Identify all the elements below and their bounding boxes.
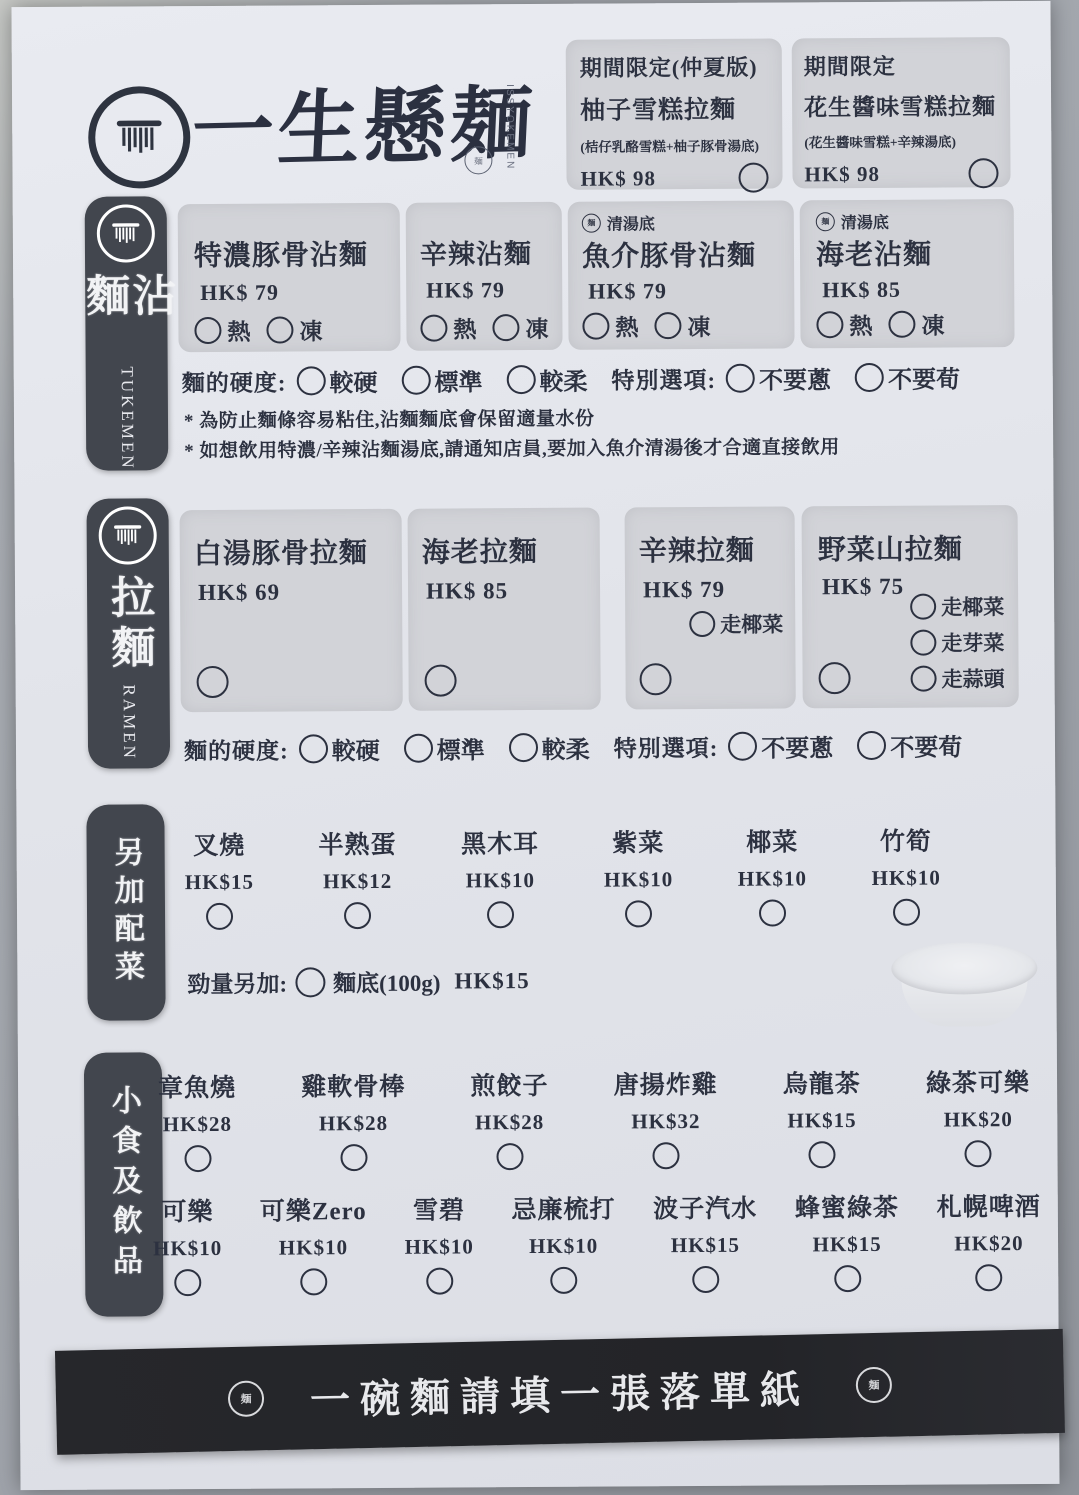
option-circle-hot[interactable]	[582, 313, 609, 340]
topping-item: 紫菜 HK$10	[604, 823, 674, 927]
hardness-circle-hard[interactable]	[299, 734, 328, 763]
sub-option-label: 走蒜頭	[942, 663, 1005, 693]
hardness-circle-standard[interactable]	[404, 734, 433, 763]
menu-item-card: 野菜山拉麵 HK$ 75 走椰菜 走芽菜 走蒜頭	[802, 505, 1019, 708]
drink-price: HK$10	[153, 1236, 222, 1261]
drink-name: 蜂蜜綠茶	[795, 1188, 899, 1225]
sub-option-label: 走芽菜	[941, 627, 1004, 657]
drink-name: 可樂Zero	[260, 1191, 367, 1228]
hardness-option: 較硬	[329, 363, 377, 398]
hardness-option: 較柔	[542, 730, 590, 765]
snacks-row-1: 章魚燒 HK$28 雞軟骨棒 HK$28 煎餃子 HK$28 唐揚炸雞 HK$3…	[158, 1063, 1031, 1172]
topping-price: HK$15	[185, 870, 254, 895]
hardness-circle-standard[interactable]	[401, 366, 430, 395]
extra-label: 勁量另加:	[187, 966, 287, 1000]
no-bamboo-circle[interactable]	[855, 363, 884, 392]
order-sheet: 一生懸麺 ISSYOKEMEN 麺 期間限定(仲夏版) 柚子雪糕拉麵 (桔仔乳酪…	[11, 1, 1059, 1490]
special-option-label: 特別選項:	[614, 730, 719, 764]
note-line-2: * 如想飲用特濃/辛辣沾麵湯底,請通知店員,要加入魚介清湯後才合適直接飲用	[184, 432, 840, 463]
extra-price: HK$15	[454, 968, 529, 994]
snack-name: 綠茶可樂	[926, 1063, 1030, 1100]
drink-item: 雪碧 HK$10	[404, 1190, 474, 1294]
topping-name: 半熟蛋	[318, 825, 396, 861]
order-circle[interactable]	[340, 1144, 367, 1171]
order-circle[interactable]	[738, 163, 768, 193]
no-onion-circle[interactable]	[726, 364, 755, 393]
order-circle[interactable]	[300, 1268, 327, 1295]
hardness-circle-soft[interactable]	[506, 365, 535, 394]
drink-item: 波子汽水 HK$15	[653, 1189, 758, 1294]
extra-option-label: 麵底(100g)	[333, 965, 441, 999]
tab-tsukemen-roman: TUKEMEN	[117, 366, 138, 470]
item-price: HK$ 69	[198, 579, 388, 606]
special-name: 柚子雪糕拉麵	[580, 90, 768, 127]
menu-item-card: 麺 清湯底 海老沾麵 HK$ 85 熱 凍	[800, 199, 1015, 348]
menu-item-card: 辛辣拉麵 HK$ 79 走椰菜	[625, 506, 796, 709]
order-circle[interactable]	[652, 1142, 679, 1169]
topping-price: HK$12	[323, 869, 392, 894]
special-option: 不要荀	[890, 727, 962, 762]
option-label-cold: 凍	[525, 311, 548, 344]
tab-ramen-roman: RAMEN	[119, 684, 139, 761]
snack-item: 綠茶可樂 HK$20	[926, 1063, 1031, 1168]
snack-item: 唐揚炸雞 HK$32	[614, 1065, 719, 1170]
item-price: HK$ 79	[643, 576, 781, 603]
topping-name: 紫菜	[612, 823, 664, 859]
noodle-hardness-row: 麵的硬度: 較硬 標準 較柔 特別選項: 不要蔥 不要荀	[182, 359, 975, 399]
item-price: HK$ 85	[822, 276, 998, 303]
topping-item: 半熟蛋 HK$12	[318, 825, 397, 929]
tab-ramen-label: 拉麵	[105, 574, 152, 674]
drink-price: HK$15	[813, 1232, 882, 1257]
hardness-option: 標準	[434, 362, 482, 397]
brand-seal-icon: 麺	[228, 1380, 265, 1417]
drink-name: 波子汽水	[653, 1189, 757, 1226]
snack-item: 煎餃子 HK$28	[470, 1066, 549, 1170]
menu-item-card: 海老拉麵 HK$ 85	[408, 508, 601, 711]
brand-logo-icon	[99, 506, 157, 564]
option-label-cold: 凍	[687, 309, 710, 342]
option-circle-hot[interactable]	[194, 317, 221, 344]
toppings-grid: 叉燒 HK$15 半熟蛋 HK$12 黑木耳 HK$10 紫菜 HK$10 椰菜…	[184, 822, 941, 931]
item-price: HK$ 79	[200, 279, 384, 306]
topping-item: 黑木耳 HK$10	[461, 824, 540, 928]
tab-toppings[interactable]: 另加配菜	[86, 804, 165, 1020]
brand-logo-icon	[97, 204, 155, 262]
tab-toppings-label: 另加配菜	[110, 836, 142, 988]
order-circle[interactable]	[968, 158, 998, 188]
tab-tsukemen-label: 沾麵	[80, 272, 173, 356]
drink-name: 可樂	[161, 1192, 213, 1228]
footer-note: 一碗麵請填一張落單紙	[309, 1358, 810, 1426]
option-label-hot: 熱	[849, 308, 872, 341]
item-name: 魚介豚骨沾麵	[582, 233, 780, 274]
footer-banner: 麺 一碗麵請填一張落單紙 麺	[55, 1329, 1065, 1455]
no-cabbage-circle[interactable]	[689, 611, 715, 637]
topping-name: 竹筍	[880, 822, 932, 858]
no-bamboo-circle[interactable]	[857, 731, 886, 760]
extra-noodle-circle[interactable]	[295, 967, 325, 997]
drink-item: 忌廉梳打 HK$10	[511, 1190, 616, 1295]
option-label-hot: 熱	[227, 314, 250, 347]
snack-price: HK$15	[787, 1108, 856, 1133]
snack-item: 雞軟骨棒 HK$28	[301, 1067, 406, 1172]
topping-name: 椰菜	[746, 822, 798, 858]
snack-name: 章魚燒	[158, 1068, 236, 1104]
sub-option-label: 走椰菜	[720, 608, 783, 638]
drink-price: HK$20	[954, 1231, 1023, 1256]
hardness-option: 較柔	[539, 362, 587, 397]
special-price: HK$ 98	[804, 161, 880, 186]
order-circle[interactable]	[809, 1141, 836, 1168]
hardness-option: 較硬	[332, 731, 380, 766]
special-name: 花生醬味雪糕拉麵	[804, 88, 998, 122]
snack-item: 章魚燒 HK$28	[158, 1068, 237, 1172]
order-circle[interactable]	[426, 1268, 453, 1295]
order-circle[interactable]	[692, 1266, 719, 1293]
tab-tsukemen[interactable]: 沾麵 TUKEMEN	[85, 196, 169, 470]
drink-item: 可樂Zero HK$10	[260, 1191, 368, 1296]
snack-name: 雞軟骨棒	[301, 1067, 405, 1104]
snack-price: HK$20	[944, 1107, 1013, 1132]
brand-seal-icon: 麺	[582, 214, 601, 233]
hardness-option: 標準	[437, 730, 485, 765]
order-circle[interactable]	[425, 664, 457, 696]
order-circle[interactable]	[818, 662, 850, 694]
drink-price: HK$10	[405, 1234, 474, 1259]
special-card-yuzu: 期間限定(仲夏版) 柚子雪糕拉麵 (桔仔乳酪雪糕+柚子豚骨湯底) HK$ 98	[566, 38, 783, 189]
hardness-label: 麵的硬度:	[182, 365, 287, 399]
hardness-circle-hard[interactable]	[296, 366, 325, 395]
order-circle[interactable]	[184, 1145, 211, 1172]
menu-item-card: 辛辣沾麵 HK$ 79 熱 凍	[406, 202, 563, 351]
topping-price: HK$10	[604, 867, 673, 892]
topping-item: 叉燒 HK$15	[184, 826, 254, 930]
tab-snacks-label: 小食及飲品	[107, 1084, 140, 1284]
item-price: HK$ 79	[588, 277, 780, 304]
brand-logo-icon	[88, 86, 191, 189]
option-circle-hot[interactable]	[816, 311, 843, 338]
drink-name: 忌廉梳打	[511, 1190, 615, 1227]
order-circle[interactable]	[206, 903, 233, 930]
special-desc: (花生醬味雪糕+辛辣湯底)	[804, 130, 998, 151]
noodle-bowl-image	[885, 934, 1044, 1043]
hardness-label: 麵的硬度:	[184, 733, 289, 767]
hardness-circle-soft[interactable]	[509, 733, 538, 762]
extra-noodle-row: 勁量另加: 麵底(100g) HK$15	[187, 964, 529, 999]
item-name: 海老沾麵	[816, 232, 998, 273]
no-garlic-circle[interactable]	[911, 666, 937, 692]
drink-item: 札幌啤酒 HK$20	[937, 1187, 1042, 1292]
option-circle-cold[interactable]	[492, 314, 519, 341]
noodle-hardness-row: 麵的硬度: 較硬 標準 較柔 特別選項: 不要蔥 不要荀	[184, 727, 977, 767]
brand-seal-icon: 麺	[464, 146, 492, 174]
menu-item-card: 白湯豚骨拉麵 HK$ 69	[180, 509, 403, 712]
no-cabbage-circle[interactable]	[910, 594, 936, 620]
drink-price: HK$10	[529, 1234, 598, 1259]
option-circle-cold[interactable]	[654, 312, 681, 339]
option-label-cold: 凍	[299, 313, 322, 346]
soup-badge-label: 清湯底	[607, 211, 655, 234]
special-desc: (桔仔乳酪雪糕+柚子豚骨湯底)	[580, 135, 768, 156]
item-price: HK$ 85	[426, 578, 586, 605]
order-circle[interactable]	[625, 900, 652, 927]
item-name: 特濃豚骨沾麵	[194, 233, 384, 274]
drink-item: 蜂蜜綠茶 HK$15	[795, 1188, 900, 1293]
topping-price: HK$10	[466, 868, 535, 893]
tab-ramen[interactable]: 拉麵 RAMEN	[86, 498, 170, 768]
option-label-hot: 熱	[615, 309, 638, 342]
special-card-peanut: 期間限定 花生醬味雪糕拉麵 (花生醬味雪糕+辛辣湯底) HK$ 98	[792, 37, 1011, 188]
topping-item: 椰菜 HK$10	[737, 822, 807, 926]
order-circle[interactable]	[640, 663, 672, 695]
sub-option-label: 走椰菜	[941, 591, 1004, 621]
brand-seal-icon: 麺	[816, 212, 835, 231]
special-option: 不要荀	[888, 359, 960, 394]
order-circle[interactable]	[344, 902, 371, 929]
snack-item: 烏龍茶 HK$15	[783, 1064, 862, 1168]
special-title: 期間限定	[804, 49, 998, 81]
drink-price: HK$15	[671, 1233, 740, 1258]
special-option: 不要蔥	[759, 360, 831, 395]
drink-item: 可樂 HK$10	[153, 1192, 223, 1296]
order-circle[interactable]	[965, 1140, 992, 1167]
no-onion-circle[interactable]	[728, 732, 757, 761]
item-name: 辛辣拉麵	[639, 528, 781, 569]
snack-name: 煎餃子	[470, 1066, 548, 1102]
order-circle[interactable]	[197, 666, 229, 698]
option-label-hot: 熱	[453, 311, 476, 344]
topping-name: 黑木耳	[461, 824, 539, 860]
item-name: 辛辣沾麵	[420, 232, 548, 272]
topping-price: HK$10	[872, 866, 941, 891]
topping-price: HK$10	[738, 866, 807, 891]
brand-roman: ISSYOKEMEN	[504, 84, 516, 170]
order-circle[interactable]	[496, 1143, 523, 1170]
order-circle[interactable]	[976, 1264, 1003, 1291]
option-circle-hot[interactable]	[420, 315, 447, 342]
order-circle[interactable]	[550, 1267, 577, 1294]
item-name: 海老拉麵	[422, 530, 586, 571]
drink-name: 雪碧	[413, 1190, 465, 1226]
noodle-rack-icon	[111, 109, 167, 165]
tab-snacks-drinks[interactable]: 小食及飲品	[84, 1052, 164, 1316]
topping-name: 叉燒	[193, 826, 245, 862]
snacks-row-2: 可樂 HK$10 可樂Zero HK$10 雪碧 HK$10 忌廉梳打 HK$1…	[153, 1187, 1042, 1296]
no-sprouts-circle[interactable]	[910, 630, 936, 656]
special-title: 期間限定(仲夏版)	[580, 51, 768, 83]
item-name: 野菜山拉麵	[818, 527, 1002, 568]
item-price: HK$ 79	[426, 277, 548, 304]
order-circle[interactable]	[487, 901, 514, 928]
soup-badge-label: 清湯底	[841, 210, 889, 233]
order-circle[interactable]	[759, 899, 786, 926]
snack-name: 唐揚炸雞	[614, 1065, 718, 1102]
option-circle-cold[interactable]	[888, 311, 915, 338]
snack-price: HK$28	[319, 1111, 388, 1136]
option-circle-cold[interactable]	[266, 316, 293, 343]
drink-price: HK$10	[279, 1235, 348, 1260]
snack-price: HK$28	[163, 1112, 232, 1137]
special-option-label: 特別選項:	[611, 362, 716, 396]
brand-seal-icon: 麺	[855, 1367, 892, 1404]
drink-name: 札幌啤酒	[937, 1187, 1041, 1224]
snack-name: 烏龍茶	[783, 1064, 861, 1100]
note-line-1: * 為防止麵條容易粘住,沾麵麵底會保留適量水份	[184, 404, 595, 434]
order-circle[interactable]	[834, 1265, 861, 1292]
special-option: 不要蔥	[761, 728, 833, 763]
topping-item: 竹筍 HK$10	[871, 822, 941, 926]
special-price: HK$ 98	[580, 166, 656, 191]
order-circle[interactable]	[893, 899, 920, 926]
option-label-cold: 凍	[921, 307, 944, 340]
menu-item-card: 麺 清湯底 魚介豚骨沾麵 HK$ 79 熱 凍	[568, 200, 795, 349]
item-name: 白湯豚骨拉麵	[194, 531, 388, 572]
snack-price: HK$32	[631, 1109, 700, 1134]
menu-item-card: 特濃豚骨沾麵 HK$ 79 熱 凍	[178, 203, 401, 352]
snack-price: HK$28	[475, 1110, 544, 1135]
order-circle[interactable]	[174, 1269, 201, 1296]
